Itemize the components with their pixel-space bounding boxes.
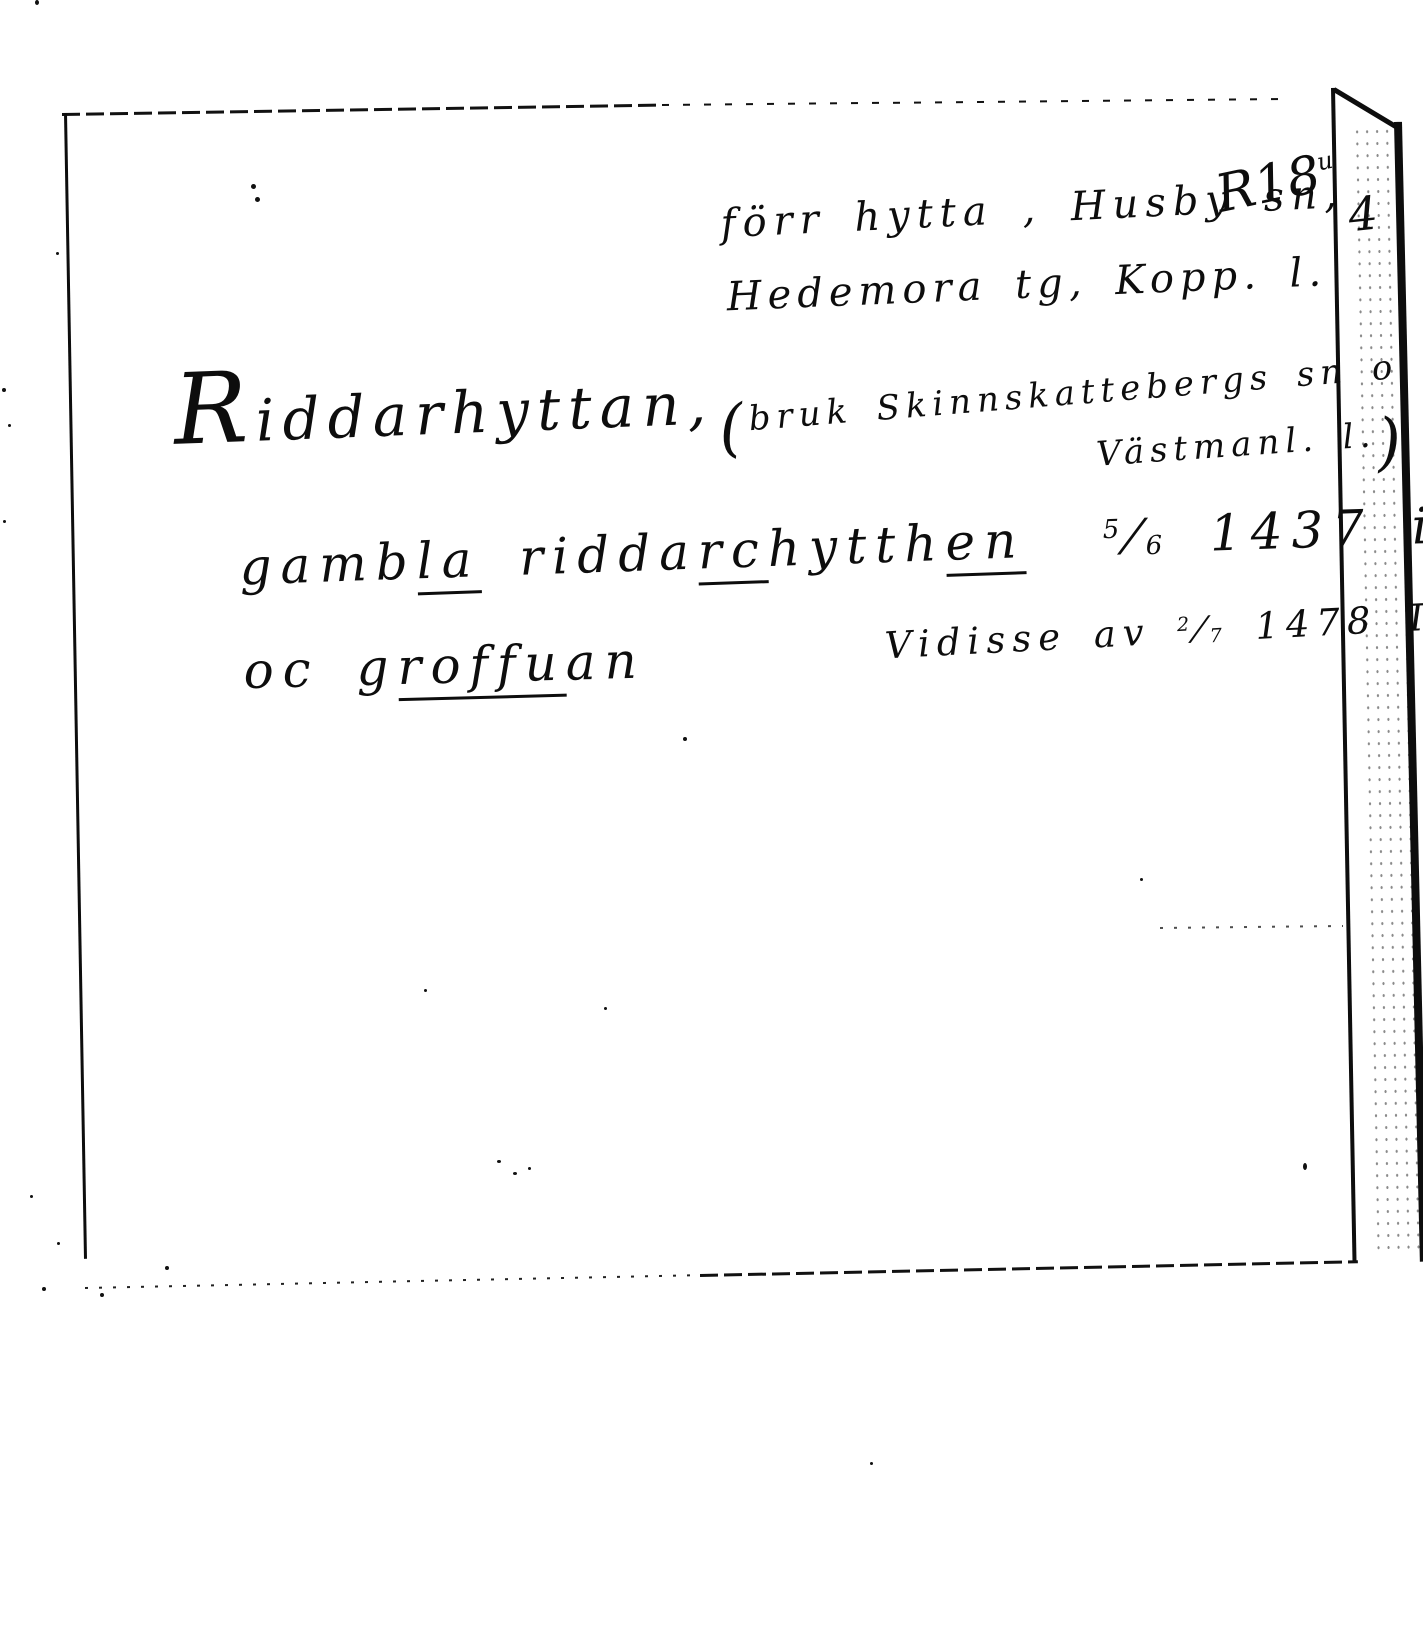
- entry1-space: [1024, 508, 1104, 569]
- corner-mark-number: 4: [1346, 186, 1381, 243]
- scan-speck: [2, 388, 6, 392]
- entry1-date-denominator: 6: [1145, 530, 1172, 561]
- scan-speck: [100, 1293, 104, 1297]
- scan-speck: [528, 1167, 531, 1170]
- scan-speck: [30, 1195, 33, 1198]
- entry1-date-year: 1437 i: [1170, 497, 1423, 564]
- entry1-seg3: ridda: [479, 523, 699, 589]
- scan-noise-dashes: [1160, 925, 1343, 929]
- scan-speck: [3, 520, 6, 523]
- scan-speck: [870, 1462, 873, 1465]
- ink-dots-colon-bottom: [255, 197, 260, 202]
- scanned-document-page: R18u 4 förr hytta , Husby sn, Hedemora t…: [0, 0, 1423, 1637]
- card-border-top-right-segment: [662, 98, 1287, 106]
- scan-speck: [683, 737, 687, 741]
- ink-dots-colon-top: [251, 184, 256, 189]
- entry2-seg3: an: [565, 632, 647, 692]
- scan-speck: [35, 0, 39, 5]
- scan-speck: [165, 1266, 169, 1270]
- entry2-seg2-underlined: roffu: [397, 634, 567, 701]
- entry1-seg2-underlined: la: [416, 530, 482, 595]
- card-border-bottom-solid-segment: [700, 1260, 1358, 1277]
- scan-speck: [604, 1007, 607, 1010]
- entry1-seg4-underlined: rc: [697, 520, 769, 585]
- entry-line-2: oc groffuan: [94, 586, 648, 750]
- vidisse-tail: 1478 Tälje: [1227, 591, 1423, 650]
- entry1-seg5: hytth: [767, 514, 947, 578]
- scan-speck: [8, 424, 11, 427]
- scan-speck: [497, 1160, 501, 1163]
- vidisse-lead: Vidisse av: [884, 609, 1179, 667]
- entry1-seg6-underlined: en: [944, 511, 1026, 577]
- scan-speck: [56, 252, 59, 255]
- scan-speck: [1140, 878, 1143, 881]
- entry2-seg1: oc g: [243, 638, 398, 700]
- vidisse-slash: ⁄: [1195, 609, 1210, 651]
- entry1-date-slash: ⁄: [1128, 510, 1147, 566]
- scan-speck: [57, 1242, 60, 1245]
- card-border-bottom-dotted-segment: [85, 1274, 700, 1289]
- entry1-date-numerator: 5: [1102, 514, 1129, 545]
- card-border-left: [64, 113, 87, 1259]
- scan-speck: [513, 1172, 517, 1175]
- vidisse-denominator: 7: [1209, 623, 1229, 647]
- entry1-seg1: gamb: [238, 532, 417, 596]
- scan-speck: [42, 1287, 46, 1291]
- scan-speck: [424, 989, 427, 992]
- card-title-initial: R: [171, 351, 257, 468]
- card-border-top-left-segment: [62, 104, 657, 116]
- header-line-2-text: Hedemora tg, Kopp. l.: [726, 249, 1328, 320]
- scan-speck: [1303, 1163, 1307, 1170]
- vidisse-numerator: 2: [1176, 612, 1196, 636]
